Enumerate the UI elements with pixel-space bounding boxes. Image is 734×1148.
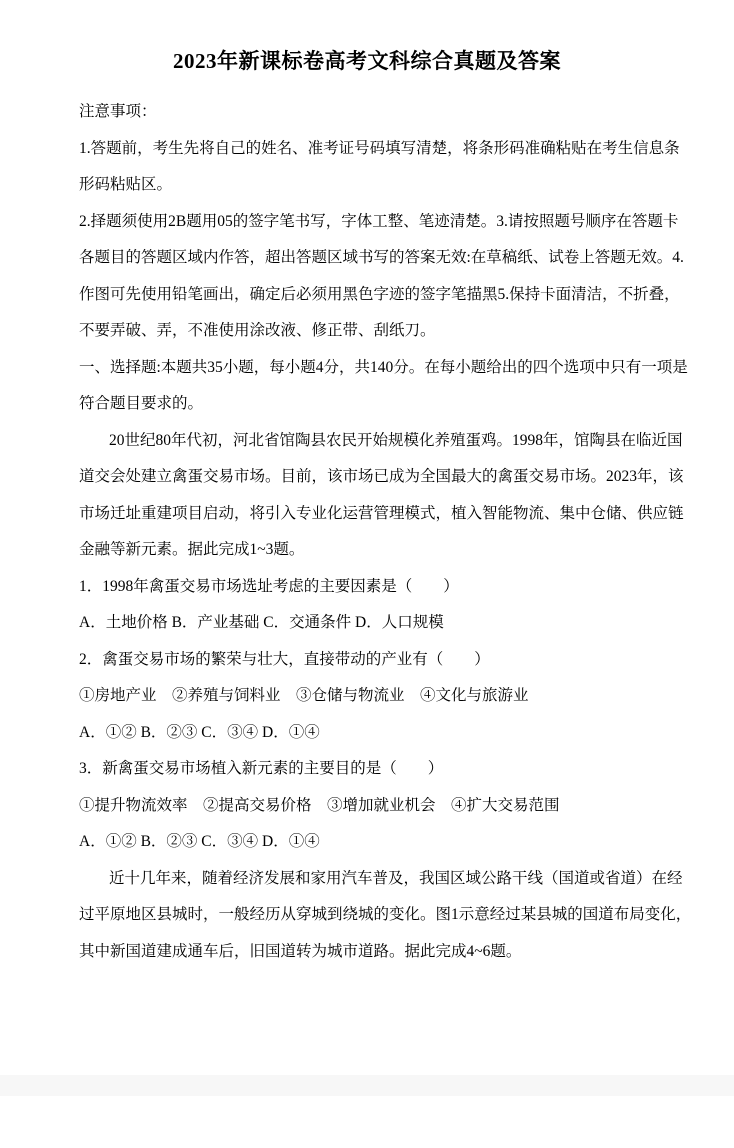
text-line: 注意事项： (79, 94, 694, 131)
text-line: 市场迁址重建项目启动，将引入专业化运营管理模式，植入智能物流、集中仓储、供应链 (79, 496, 694, 533)
text-line: 1.答题前，考生先将自己的姓名、准考证号码填写清楚，将条形码准确粘贴在考生信息条 (79, 131, 694, 168)
text-line: 一、选择题:本题共35小题，每小题4分，共140分。在每小题给出的四个选项中只有… (79, 350, 694, 387)
text-line: A．土地价格 B．产业基础 C．交通条件 D．人口规模 (79, 605, 694, 642)
text-line: 作图可先使用铅笔画出，确定后必须用黑色字迹的签字笔描黑5.保持卡面清洁，不折叠， (79, 277, 694, 314)
text-line: 近十几年来，随着经济发展和家用汽车普及，我国区域公路干线（国道或省道）在经 (79, 861, 694, 898)
text-line: ①房地产业 ②养殖与饲料业 ③仓储与物流业 ④文化与旅游业 (79, 678, 694, 715)
document-page: 2023年新课标卷高考文科综合真题及答案 注意事项：1.答题前，考生先将自己的姓… (0, 0, 734, 1148)
text-line: 2．禽蛋交易市场的繁荣与壮大，直接带动的产业有（ ） (79, 642, 694, 679)
text-line: 形码粘贴区。 (79, 167, 694, 204)
text-line: 20世纪80年代初，河北省馆陶县农民开始规模化养殖蛋鸡。1998年，馆陶县在临近… (79, 423, 694, 460)
text-line: 道交会处建立禽蛋交易市场。目前，该市场已成为全国最大的禽蛋交易市场。2023年，… (79, 459, 694, 496)
text-line: 3．新禽蛋交易市场植入新元素的主要目的是（ ） (79, 751, 694, 788)
text-line: 各题目的答题区域内作答，超出答题区域书写的答案无效:在草稿纸、试卷上答题无效。4… (79, 240, 694, 277)
document-title: 2023年新课标卷高考文科综合真题及答案 (0, 46, 734, 76)
page-gap-separator (0, 1075, 734, 1096)
text-line: 符合题目要求的。 (79, 386, 694, 423)
text-line: 不要弄破、弄，不准使用涂改液、修正带、刮纸刀。 (79, 313, 694, 350)
text-line: A．①② B．②③ C．③④ D．①④ (79, 824, 694, 861)
document-body: 注意事项：1.答题前，考生先将自己的姓名、准考证号码填写清楚，将条形码准确粘贴在… (79, 94, 694, 970)
text-line: A．①② B．②③ C．③④ D．①④ (79, 715, 694, 752)
text-line: ①提升物流效率 ②提高交易价格 ③增加就业机会 ④扩大交易范围 (79, 788, 694, 825)
text-line: 1．1998年禽蛋交易市场选址考虑的主要因素是（ ） (79, 569, 694, 606)
text-line: 金融等新元素。据此完成1~3题。 (79, 532, 694, 569)
text-line: 2.择题须使用2B题用05的签字笔书写，字体工整、笔迹清楚。3.请按照题号顺序在… (79, 204, 694, 241)
text-line: 过平原地区县城时，一般经历从穿城到绕城的变化。图1示意经过某县城的国道布局变化， (79, 897, 694, 934)
text-line: 其中新国道建成通车后，旧国道转为城市道路。据此完成4~6题。 (79, 934, 694, 971)
